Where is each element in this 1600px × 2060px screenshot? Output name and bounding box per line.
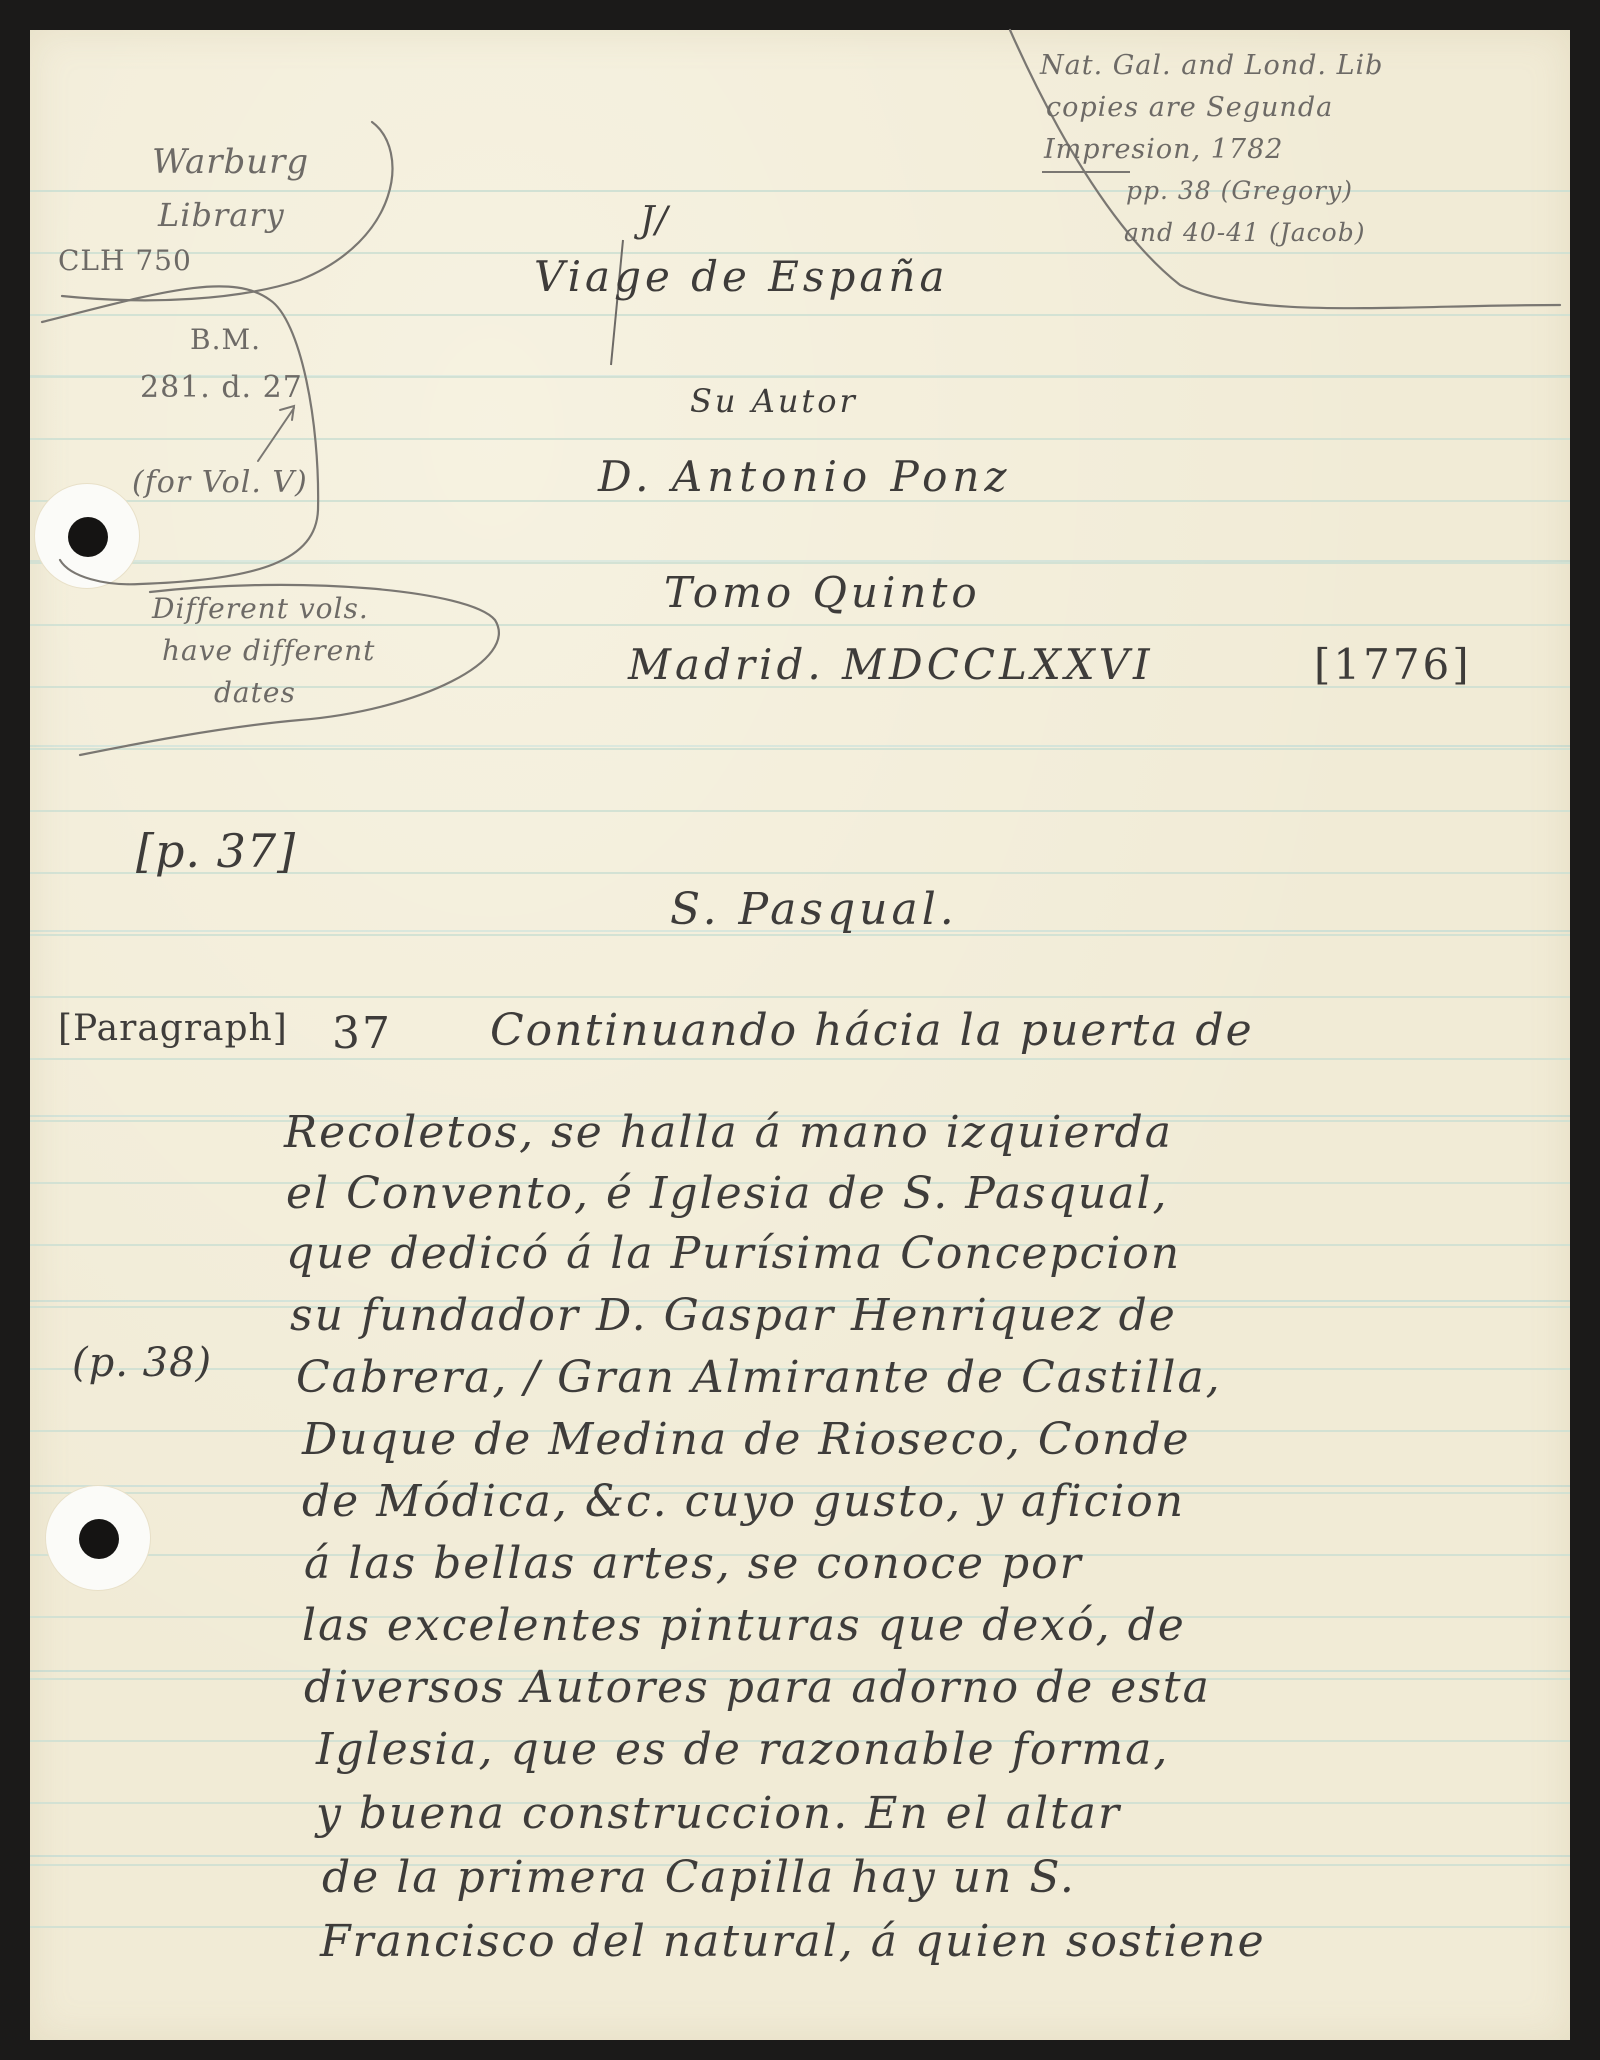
paragraph-line: Cabrera, / Gran Almirante de Castilla,: [296, 1352, 1222, 1403]
checkmark-annotation: J/: [640, 200, 669, 241]
imprint-line: Madrid. MDCCLXXVI: [628, 640, 1154, 689]
volume-label: Tomo Quinto: [664, 568, 981, 617]
section-heading: S. Pasqual.: [670, 884, 958, 935]
paragraph-line: Francisco del natural, á quien sostiene: [320, 1916, 1266, 1967]
warburg-library-note-line2: Library: [158, 196, 285, 234]
paragraph-line: Iglesia, que es de razonable forma,: [316, 1724, 1169, 1775]
copies-note-line3: Impresion, 1782: [1044, 134, 1283, 165]
warburg-shelfmark: CLH 750: [58, 244, 192, 277]
author-label: Su Autor: [690, 382, 858, 420]
british-museum-label: B.M.: [190, 323, 261, 356]
paragraph-line: Continuando hácia la puerta de: [490, 1005, 1254, 1056]
paragraph-line: Recoletos, se halla á mano izquierda: [284, 1107, 1173, 1158]
volume-five-note: (for Vol. V): [132, 465, 308, 500]
paragraph-line: que dedicó á la Purísima Concepcion: [286, 1228, 1181, 1279]
author-name: D. Antonio Ponz: [598, 452, 1012, 501]
paragraph-number: 37: [332, 1008, 392, 1059]
different-dates-note-line3: dates: [214, 676, 296, 709]
copies-note-line2: copies are Segunda: [1046, 92, 1333, 123]
paragraph-line: el Convento, é Iglesia de S. Pasqual,: [286, 1168, 1169, 1219]
paragraph-line: su fundador D. Gaspar Henriquez de: [290, 1290, 1177, 1341]
british-museum-shelfmark: 281. d. 27: [140, 370, 303, 405]
paragraph-line: las excelentes pinturas que dexó, de: [302, 1600, 1186, 1651]
paragraph-line: y buena construccion. En el altar: [316, 1788, 1121, 1839]
page-reference-37: [p. 37]: [136, 824, 296, 878]
copies-note-line5: and 40-41 (Jacob): [1124, 218, 1365, 247]
warburg-library-note: Warburg: [152, 142, 309, 182]
different-dates-note: Different vols.: [152, 592, 369, 625]
copies-note-line1: Nat. Gal. and Lond. Lib: [1040, 50, 1383, 81]
paragraph-line: Duque de Medina de Rioseco, Conde: [302, 1414, 1191, 1465]
paragraph-line: diversos Autores para adorno de esta: [304, 1662, 1211, 1713]
copies-note-line4: pp. 38 (Gregory): [1126, 176, 1353, 205]
paragraph-line: de Módica, &c. cuyo gusto, y aficion: [302, 1476, 1185, 1527]
paragraph-line: á las bellas artes, se conoce por: [304, 1538, 1083, 1589]
paragraph-label: [Paragraph]: [58, 1008, 288, 1049]
paragraph-line: de la primera Capilla hay un S.: [322, 1852, 1076, 1903]
book-title: Viage de España: [534, 252, 948, 301]
year-bracket: [1776]: [1314, 640, 1472, 689]
different-dates-note-line2: have different: [162, 634, 375, 667]
page-break-reference-38: (p. 38): [72, 1340, 212, 1386]
